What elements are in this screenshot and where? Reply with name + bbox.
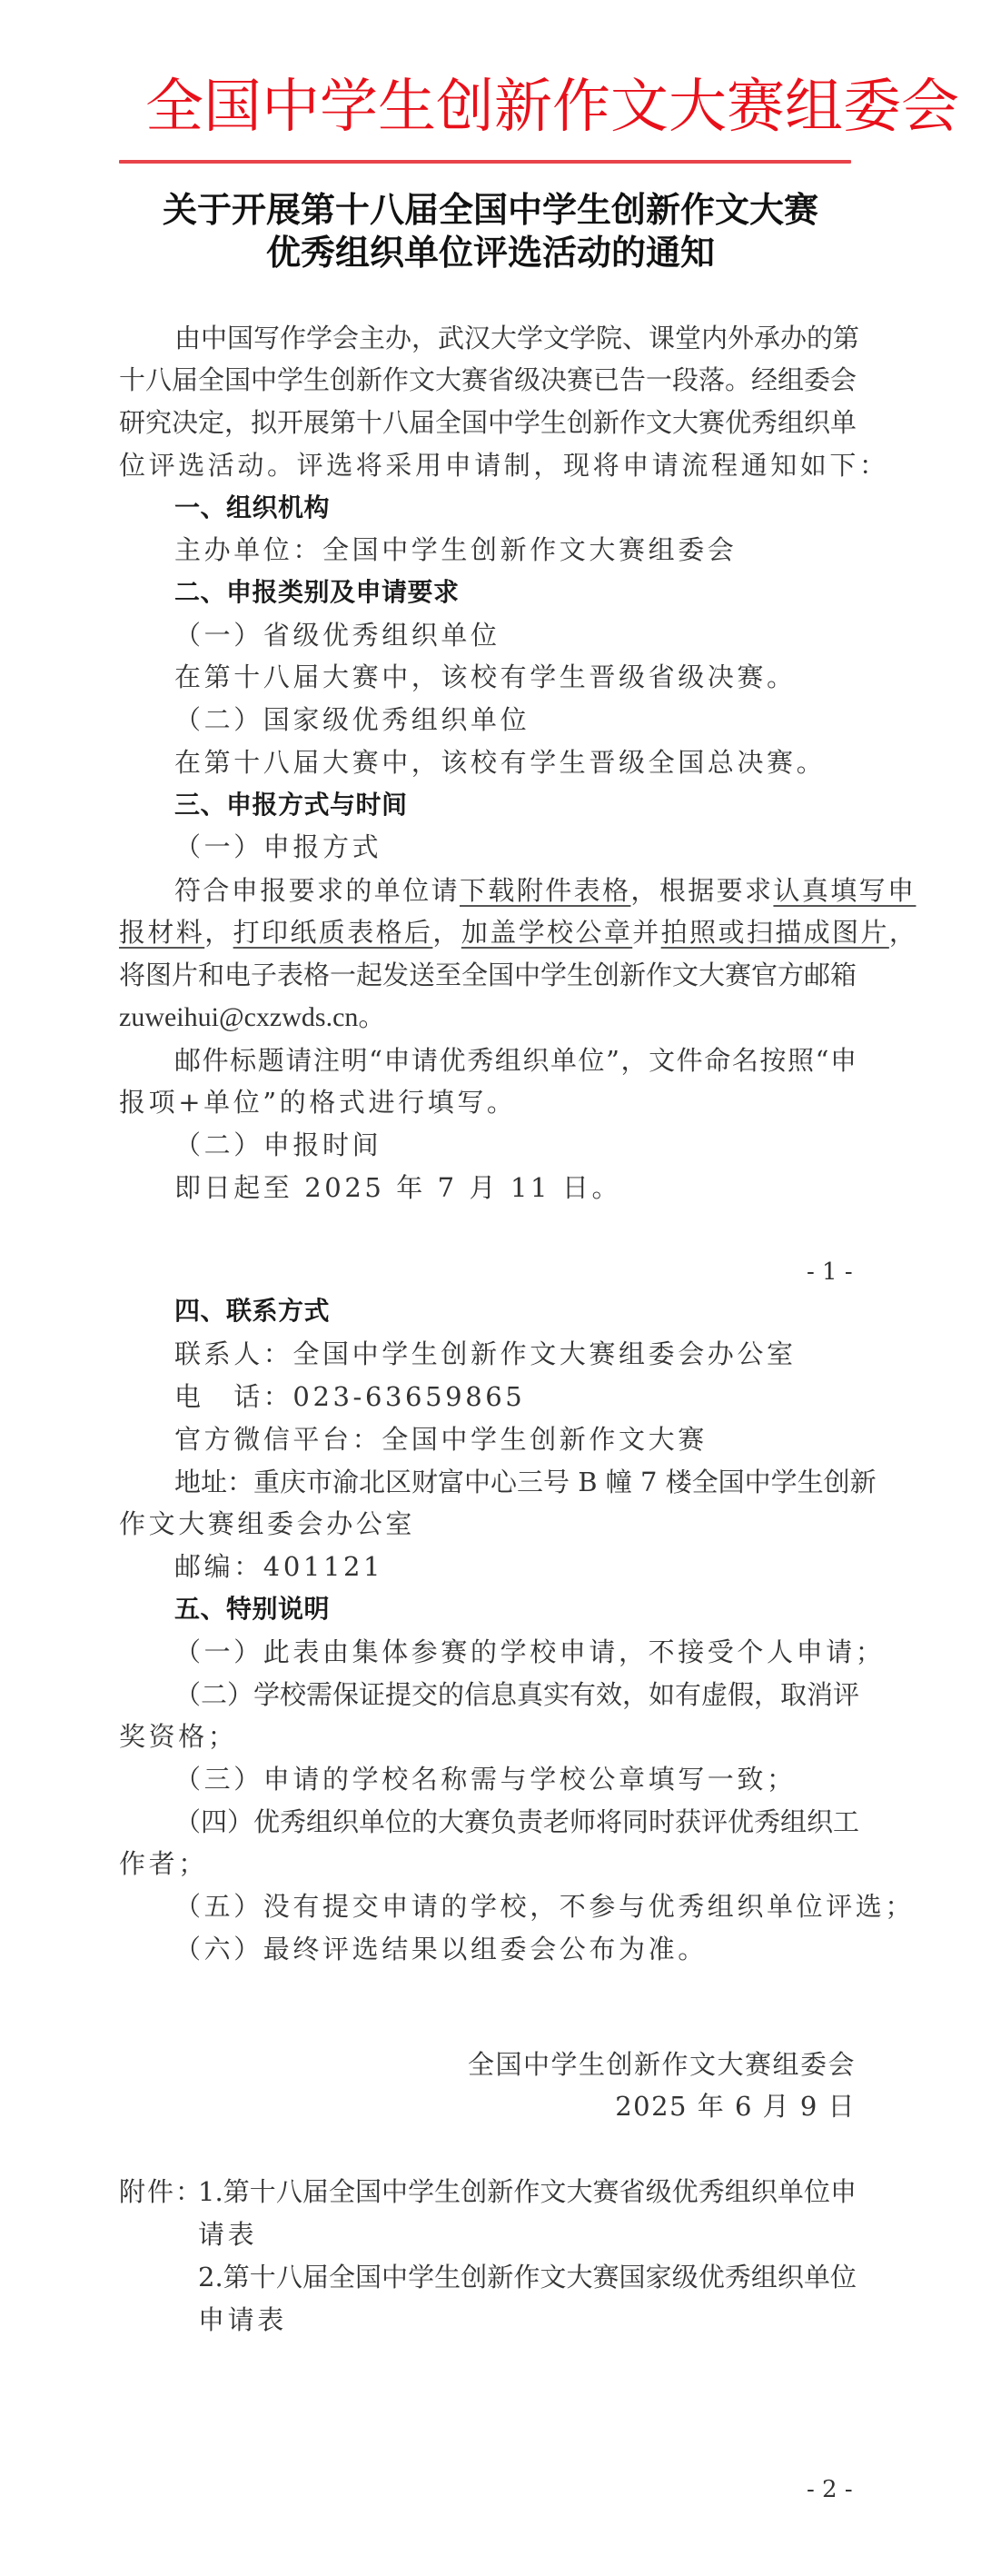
page-number-1: - 1 - (807, 1257, 853, 1288)
note-item-2-cont: 奖资格； (119, 1718, 237, 1755)
intro-line-4: 位评选活动。评选将采用申请制，现将申请流程通知如下： (119, 447, 889, 483)
deadline-text: 即日起至 2025 年 7 月 11 日。 (174, 1169, 621, 1206)
method-text: ， (889, 917, 917, 948)
organizer-text: 主办单位：全国中学生创新作文大赛组委会 (174, 532, 737, 568)
email-note-line-1: 邮件标题请注明“申请优秀组织单位”，文件命名按照“申 (174, 1042, 857, 1079)
attachments-label: 附件： (119, 2173, 203, 2210)
contact-phone: 电 话：023-63659865 (174, 1378, 525, 1415)
attachment-2[interactable]: 2.第十八届全国中学生创新作文大赛国家级优秀组织单位 (198, 2259, 857, 2295)
school-seal-underlined: 加盖学校公章 (461, 917, 632, 948)
note-item-6: （六）最终评选结果以组委会公布为准。 (174, 1931, 708, 1967)
organization-title: 全国中学生创新作文大赛组委会 (145, 71, 836, 144)
method-text: 符合申报要求的单位请 (174, 875, 460, 906)
method-text: ， (432, 917, 461, 948)
notice-title-line-2: 优秀组织单位评选活动的通知 (0, 232, 981, 274)
section-2-heading: 二、申报类别及申请要求 (174, 574, 460, 611)
document-page: 全国中学生创新作文大赛组委会 关于开展第十八届全国中学生创新作文大赛 优秀组织单… (0, 0, 981, 2576)
provincial-unit-text: 在第十八届大赛中，该校有学生晋级省级决赛。 (174, 659, 797, 695)
section-4-heading: 四、联系方式 (174, 1293, 330, 1329)
note-item-4-cont: 作者； (119, 1845, 208, 1882)
address-line-2: 作文大赛组委会办公室 (119, 1506, 415, 1542)
intro-line-3: 研究决定，拟开展第十八届全国中学生创新作文大赛优秀组织单 (119, 404, 857, 441)
method-line-1: 符合申报要求的单位请下载附件表格，根据要求认真填写申 (174, 872, 916, 909)
address-line-1: 地址：重庆市渝北区财富中心三号 B 幢 7 楼全国中学生创新 (174, 1464, 857, 1500)
postcode: 邮编：401121 (174, 1548, 383, 1585)
signature-organization: 全国中学生创新作文大赛组委会 (468, 2046, 856, 2083)
section-3-heading: 三、申报方式与时间 (174, 787, 408, 823)
method-line-3: 将图片和电子表格一起发送至全国中学生创新作文大赛官方邮箱 (119, 957, 857, 993)
attachment-2-cont[interactable]: 申请表 (198, 2302, 287, 2338)
photo-scan-underlined: 拍照或扫描成图片 (661, 917, 889, 948)
note-item-4: （四）优秀组织单位的大赛负责老师将同时获评优秀组织工 (174, 1804, 857, 1840)
attachment-1[interactable]: 1.第十八届全国中学生创新作文大赛省级优秀组织单位申 (198, 2173, 857, 2210)
print-form-underlined: 打印纸质表格后 (233, 917, 433, 948)
notice-title-line-1: 关于开展第十八届全国中学生创新作文大赛 (0, 189, 981, 231)
provincial-unit-title: （一）省级优秀组织单位 (174, 617, 500, 653)
method-text: ，根据要求 (630, 875, 773, 906)
method-text: 并 (632, 917, 660, 948)
national-unit-text: 在第十八届大赛中，该校有学生晋级全国总决赛。 (174, 744, 826, 781)
note-item-3: （三）申请的学校名称需与学校公章填写一致； (174, 1761, 797, 1797)
method-text: ， (204, 917, 233, 948)
intro-line-2: 十八届全国中学生创新作文大赛省级决赛已告一段落。经组委会 (119, 362, 857, 398)
application-time-title: （二）申报时间 (174, 1127, 381, 1163)
contact-person: 联系人：全国中学生创新作文大赛组委会办公室 (174, 1336, 797, 1372)
note-item-2: （二）学校需保证提交的信息真实有效，如有虚假，取消评 (174, 1676, 857, 1713)
email-note-line-2: 报项+单位”的格式进行填写。 (119, 1084, 517, 1120)
attachment-1-cont[interactable]: 请表 (198, 2216, 257, 2253)
fill-materials-underlined: 认真填写申 (773, 875, 916, 906)
section-5-heading: 五、特别说明 (174, 1591, 330, 1627)
signature-date: 2025 年 6 月 9 日 (615, 2088, 856, 2124)
download-attachment-underlined: 下载附件表格 (460, 875, 630, 906)
national-unit-title: （二）国家级优秀组织单位 (174, 701, 530, 738)
section-1-heading: 一、组织机构 (174, 490, 330, 526)
official-email: zuweihui@cxzwds.cn。 (119, 1000, 385, 1036)
note-item-5: （五）没有提交申请的学校，不参与优秀组织单位评选； (174, 1888, 915, 1925)
fill-materials-underlined-cont: 报材料 (119, 917, 204, 948)
header-red-rule (119, 160, 851, 164)
note-item-1: （一）此表由集体参赛的学校申请，不接受个人申请； (174, 1634, 885, 1670)
application-method-title: （一）申报方式 (174, 829, 381, 865)
page-number-2: - 2 - (807, 2474, 853, 2505)
method-line-2: 报材料，打印纸质表格后，加盖学校公章并拍照或扫描成图片， (119, 914, 917, 950)
intro-line-1: 由中国写作学会主办，武汉大学文学院、课堂内外承办的第 (174, 320, 857, 356)
wechat-platform: 官方微信平台：全国中学生创新作文大赛 (174, 1421, 708, 1457)
